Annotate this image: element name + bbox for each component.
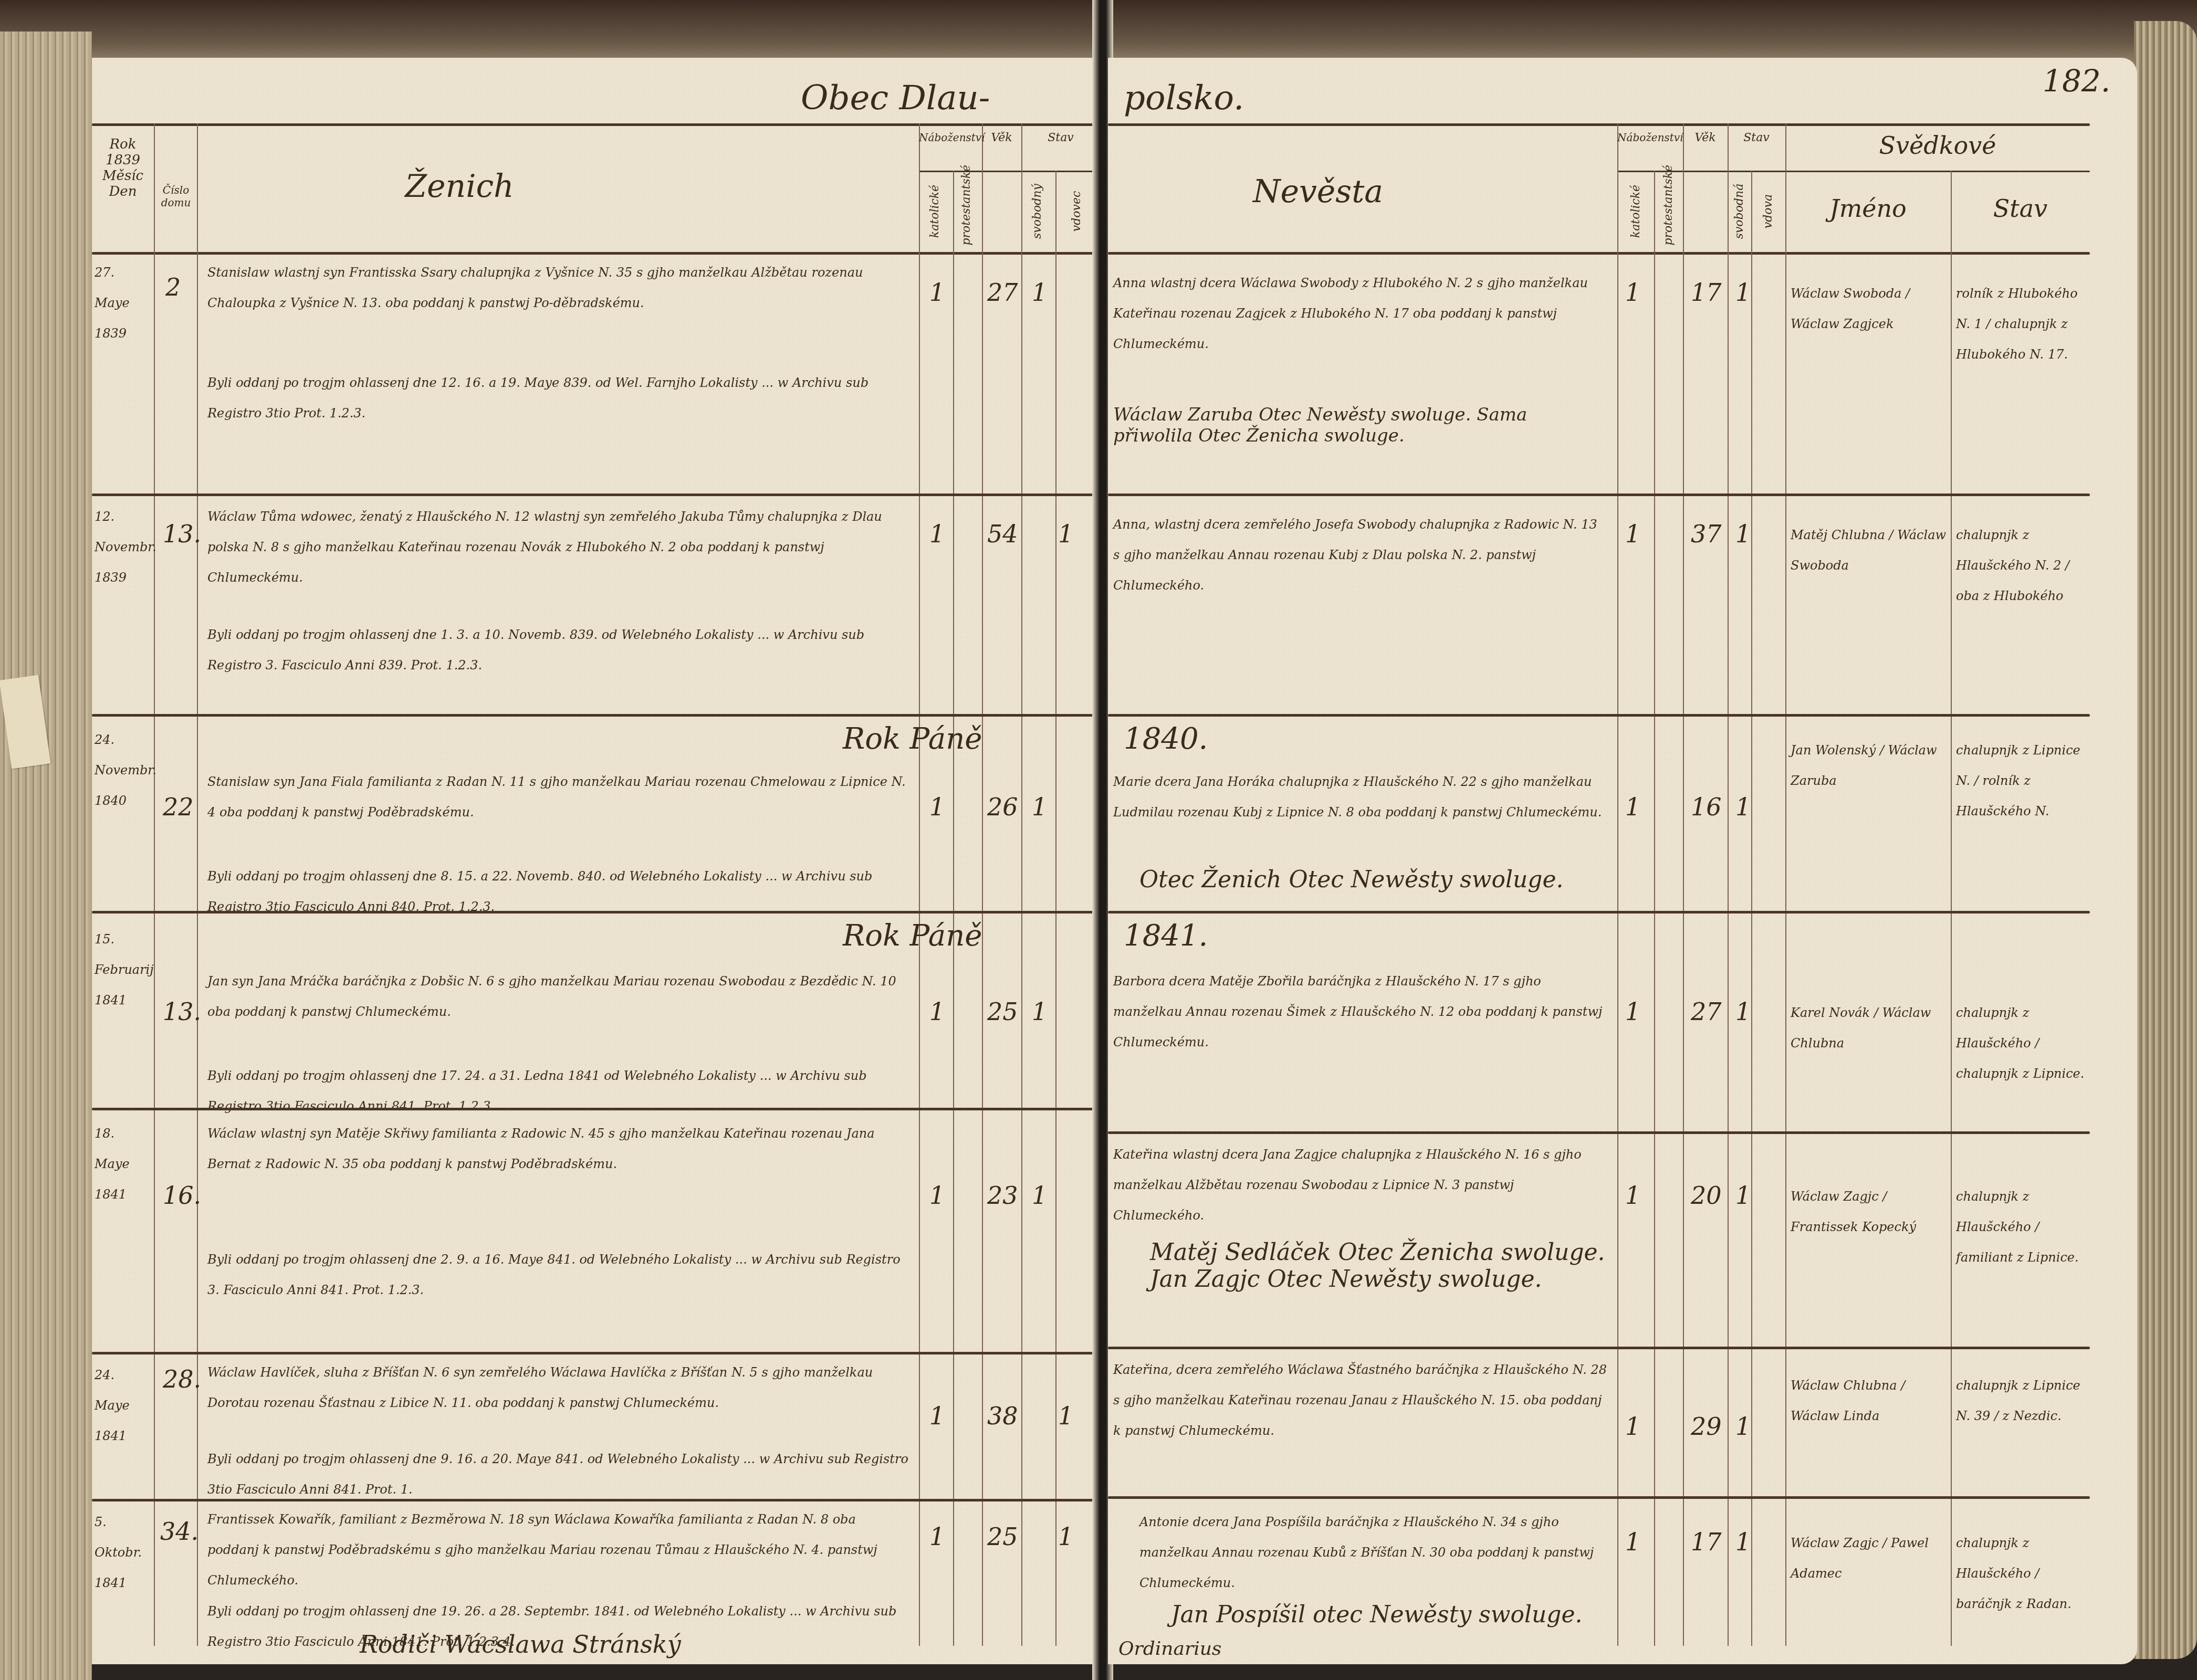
col-header-widow: vdova: [1762, 177, 1775, 246]
col-divider: [1728, 123, 1729, 1646]
col-header-witnesses: Svědkové: [1785, 131, 2090, 160]
col-header-age: Věk: [982, 131, 1021, 144]
page-title-left: Obec Dlau-: [801, 79, 990, 118]
col-header-protestant: protestantské: [960, 177, 973, 246]
row-divider: [92, 493, 1100, 496]
col-divider: [197, 123, 198, 1646]
col-divider: [1951, 171, 1952, 1646]
row-divider: [1108, 493, 2090, 496]
header-rule-bottom: [1108, 252, 2090, 255]
row-divider: [1108, 714, 2090, 717]
left-page: Obec Dlau- Rok 1839 Měsíc Den Číslo domu…: [92, 58, 1100, 1664]
signature-ordinarius: Ordinarius: [1118, 1638, 1221, 1660]
col-divider: [1055, 171, 1056, 1646]
year-marker: 1841.: [1124, 919, 1208, 953]
col-header-bride: Nevěsta: [1213, 173, 1423, 210]
col-divider: [1683, 123, 1684, 1646]
page-number: 182.: [2043, 63, 2110, 99]
col-header-witness-name: Jméno: [1785, 194, 1951, 223]
col-header-single: svobodný: [1031, 177, 1044, 246]
col-divider: [919, 123, 920, 1646]
col-divider: [154, 123, 155, 1646]
col-divider: [953, 171, 954, 1646]
col-header-groom: Ženich: [354, 168, 564, 205]
page-title-right: polsko.: [1124, 79, 1244, 118]
col-header-religion: Náboženství: [919, 131, 982, 144]
header-rule-top: [1108, 123, 2090, 126]
row-divider: [1108, 1496, 2090, 1499]
col-header-date: Rok 1839 Měsíc Den: [92, 136, 154, 199]
col-header-catholic: katolické: [1629, 177, 1642, 246]
col-header-witness-state: Stav: [1951, 194, 2090, 223]
header-rule-bottom: [92, 252, 1100, 255]
row-divider: [92, 1352, 1100, 1354]
year-marker-label: Rok Páně: [843, 722, 982, 756]
col-divider: [1617, 123, 1618, 1646]
row-divider: [92, 1499, 1100, 1501]
year-marker: 1840.: [1124, 722, 1208, 756]
row-divider: [92, 911, 1100, 913]
signature-left: Rodiči Wácslawa Stránský: [360, 1630, 681, 1658]
col-header-widower: vdovec: [1070, 177, 1083, 246]
col-divider: [1751, 171, 1752, 1646]
col-divider: [982, 123, 983, 1646]
row-divider: [1108, 911, 2090, 913]
col-header-protestant: protestantské: [1662, 177, 1675, 246]
row-divider: [92, 714, 1100, 717]
book-page-edges-right: [2134, 21, 2197, 1659]
subheader-rule: [919, 171, 1100, 172]
col-header-house: Číslo domu: [150, 184, 202, 209]
row-divider: [1108, 1131, 2090, 1134]
col-header-state: Stav: [1021, 131, 1100, 144]
col-header-catholic: katolické: [928, 177, 941, 246]
col-divider: [1785, 123, 1786, 1646]
book-page-edges-left: [0, 31, 92, 1680]
col-header-age: Věk: [1683, 131, 1728, 144]
col-header-single: svobodná: [1733, 177, 1746, 246]
row-divider: [92, 1108, 1100, 1110]
col-divider: [1654, 171, 1655, 1646]
col-header-religion: Náboženství: [1617, 131, 1683, 144]
row-divider: [1108, 1347, 2090, 1349]
right-page: polsko. 182. Nevěsta Náboženství Věk Sta…: [1108, 58, 2137, 1664]
year-marker-label: Rok Páně: [843, 919, 982, 953]
col-divider: [1021, 123, 1022, 1646]
header-rule-top: [92, 123, 1100, 126]
col-header-state: Stav: [1728, 131, 1785, 144]
subheader-rule: [1617, 171, 2090, 172]
